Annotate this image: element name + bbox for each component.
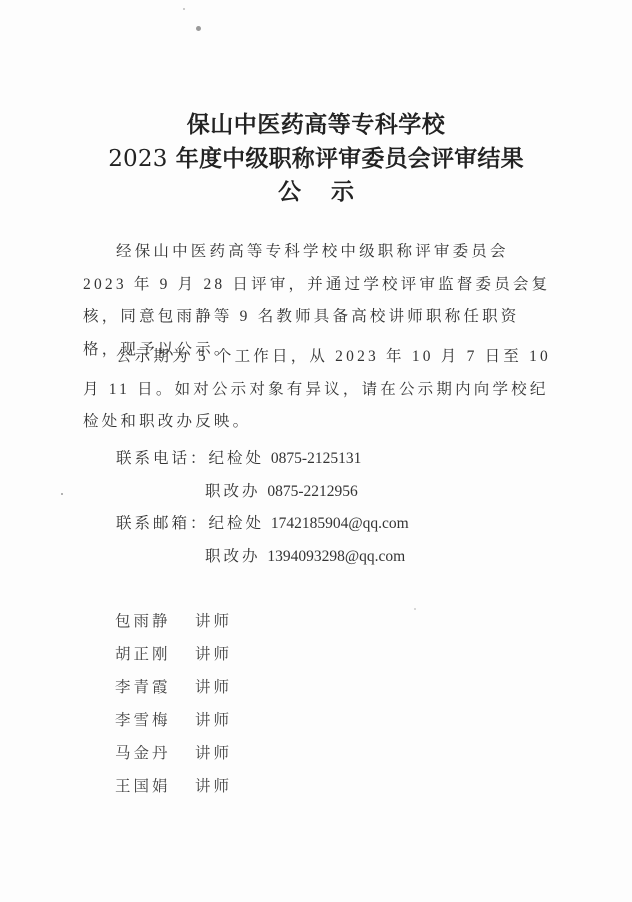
title-notice-text: 公示	[278, 178, 384, 205]
teacher-title: 讲师	[195, 679, 232, 696]
teacher-name: 马金丹	[115, 741, 195, 763]
teacher-name: 李雪梅	[115, 708, 195, 730]
title-year: 2023	[108, 146, 167, 172]
teacher-title: 讲师	[195, 778, 232, 795]
teacher-name: 胡正刚	[115, 642, 195, 664]
list-item: 包雨静讲师	[115, 609, 232, 642]
teacher-title: 讲师	[195, 712, 232, 729]
scan-speck	[61, 493, 63, 495]
contact-phone-row-2: 职改办 0875-2212956	[205, 479, 358, 501]
paragraph-text: 公示期为 5 个工作日，从 2023 年 10 月 7 日至 10 月 11 日…	[83, 348, 551, 430]
contact-email-row-2: 职改办 1394093298@qq.com	[205, 544, 405, 566]
phone-dept: 纪检处	[209, 450, 265, 467]
teacher-title: 讲师	[195, 646, 232, 663]
document-title-notice: 公示	[0, 173, 632, 206]
contact-phone-row-1: 联系电话：纪检处 0875-2125131	[116, 446, 361, 468]
phone-number: 0875-2125131	[271, 450, 361, 467]
teacher-title: 讲师	[195, 613, 232, 630]
list-item: 马金丹讲师	[115, 741, 232, 774]
phone-number: 0875-2212956	[267, 483, 357, 500]
paragraph-publicity-period: 公示期为 5 个工作日，从 2023 年 10 月 7 日至 10 月 11 日…	[83, 341, 553, 439]
approved-teacher-list: 包雨静讲师 胡正刚讲师 李青霞讲师 李雪梅讲师 马金丹讲师 王国娟讲师	[115, 609, 232, 807]
list-item: 胡正刚讲师	[115, 642, 232, 675]
email-address: 1742185904@qq.com	[271, 515, 409, 532]
list-item: 李雪梅讲师	[115, 708, 232, 741]
phone-dept: 职改办	[205, 483, 261, 500]
teacher-name: 王国娟	[115, 774, 195, 796]
teacher-title: 讲师	[195, 745, 232, 762]
document-title-school: 保山中医药高等专科学校	[0, 106, 632, 139]
teacher-name: 李青霞	[115, 675, 195, 697]
title-subject-text: 年度中级职称评审委员会评审结果	[168, 145, 524, 172]
document-title-subject: 2023 年度中级职称评审委员会评审结果	[0, 140, 632, 173]
teacher-name: 包雨静	[115, 609, 195, 631]
list-item: 李青霞讲师	[115, 675, 232, 708]
scan-speck	[183, 8, 185, 10]
email-dept: 纪检处	[209, 515, 265, 532]
phone-label: 联系电话：	[116, 450, 209, 467]
scan-speck	[414, 608, 416, 610]
list-item: 王国娟讲师	[115, 774, 232, 807]
email-address: 1394093298@qq.com	[267, 548, 405, 565]
email-dept: 职改办	[205, 548, 261, 565]
scan-speck	[196, 26, 201, 31]
contact-email-row-1: 联系邮箱：纪检处 1742185904@qq.com	[116, 511, 409, 533]
email-label: 联系邮箱：	[116, 515, 209, 532]
